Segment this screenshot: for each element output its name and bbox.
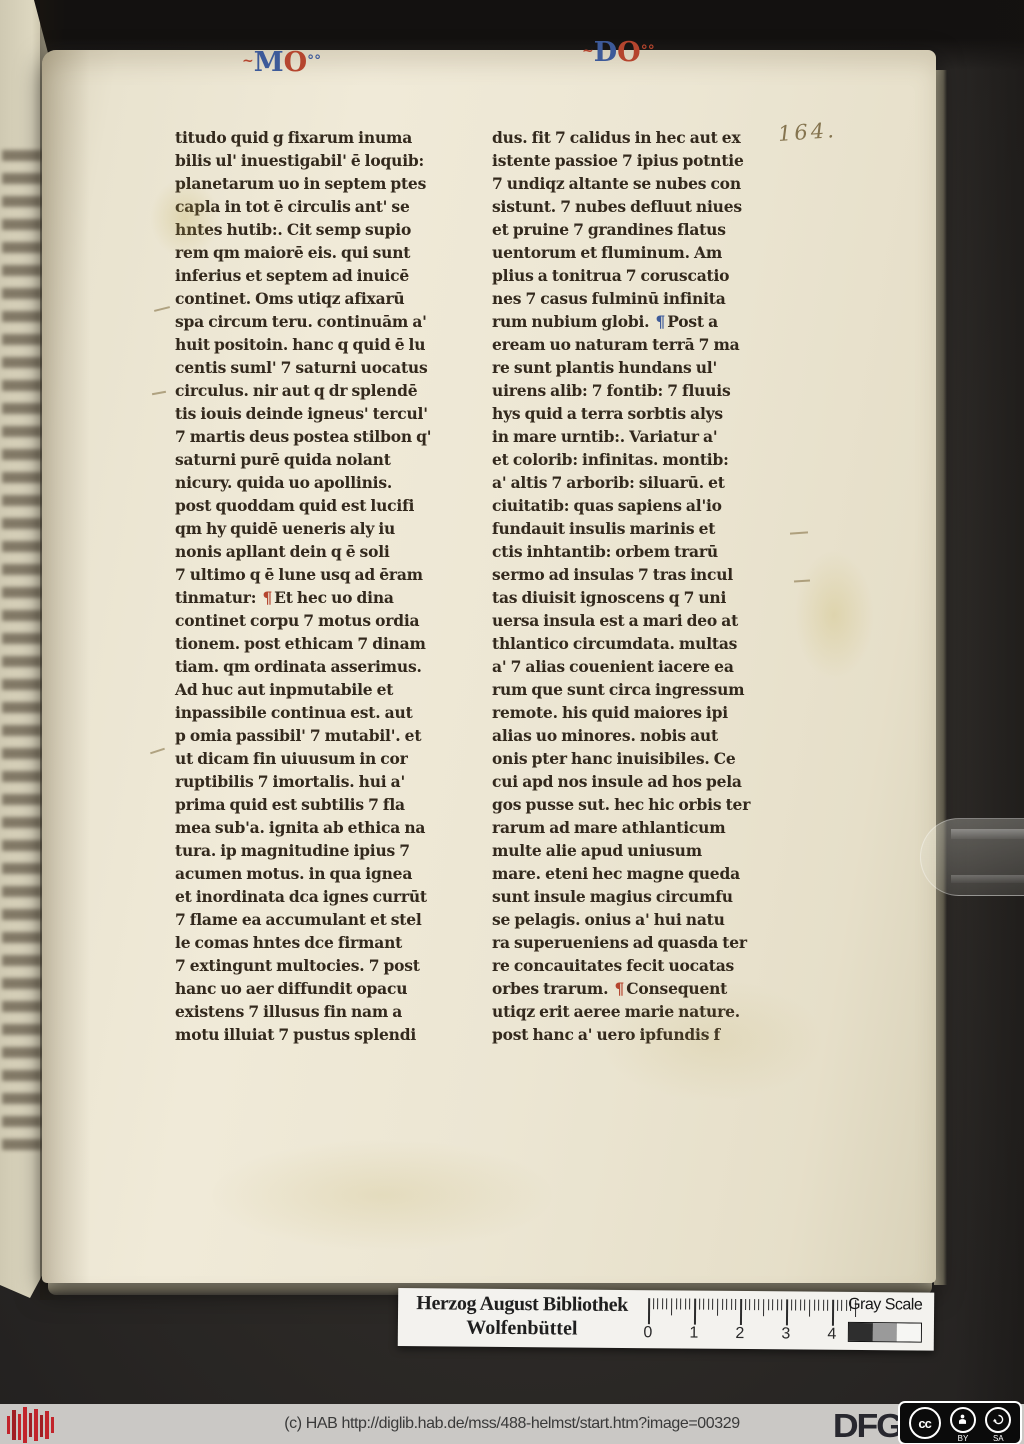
- institution-line1: Herzog August Bibliothek: [400, 1291, 644, 1317]
- manuscript-line: Ad huc aut inpmutabile et: [175, 678, 487, 701]
- ruler: 01234: [644, 1290, 860, 1350]
- ruler-tick: [685, 1299, 686, 1310]
- manuscript-line: existens 7 illusus fin nam a: [175, 1000, 487, 1023]
- ruler-tick: [662, 1298, 663, 1309]
- manuscript-line: hys quid a terra sorbtis alys: [492, 402, 804, 425]
- ruler-tick: [763, 1299, 764, 1316]
- cc-sa-unit: SA: [985, 1407, 1011, 1443]
- manuscript-line: 7 ultimo q ē lune usq ad ēram: [175, 563, 487, 586]
- manuscript-line: continet. Oms utiqz afixarū: [175, 287, 487, 310]
- manuscript-line: rarum ad mare athlanticum: [492, 816, 804, 839]
- ruler-number: 2: [733, 1325, 747, 1343]
- ruler-tick: [689, 1299, 690, 1310]
- manuscript-line: eream uo naturam terrā 7 ma: [492, 333, 804, 356]
- manuscript-line: mea sub'a. ignita ab ethica na: [175, 816, 487, 839]
- ruler-tick: [841, 1300, 842, 1311]
- gray-patch-dark: [849, 1323, 873, 1341]
- ruler-tick: [823, 1300, 824, 1311]
- manuscript-line: ruptibilis 7 imortalis. hui a': [175, 770, 487, 793]
- manuscript-line: post quoddam quid est lucifi: [175, 494, 487, 517]
- manuscript-line: orbes trarum. ¶Consequent: [492, 977, 804, 1000]
- margin-mark: [150, 748, 165, 755]
- manuscript-line: ciuitatib: quas sapiens al'io: [492, 494, 804, 517]
- running-title-glyph: O: [617, 38, 641, 68]
- facing-page-bleedthrough-text: [2, 150, 42, 1160]
- manuscript-line: re concauitates fecit uocatas: [492, 954, 804, 977]
- cc-icon: cc: [909, 1407, 941, 1439]
- running-title-verso: ~MO°°: [242, 46, 321, 78]
- paragraph-mark: ¶: [613, 979, 627, 998]
- cc-by-unit: BY: [950, 1407, 976, 1443]
- manuscript-line: in mare urntib:. Variatur a': [492, 425, 804, 448]
- manuscript-line: alias uo minores. nobis aut: [492, 724, 804, 747]
- manuscript-line: ra superueniens ad quasda ter: [492, 931, 804, 954]
- ruler-tick: [717, 1299, 718, 1316]
- ruler-tick: [804, 1300, 805, 1311]
- ruler-tick: [814, 1300, 815, 1311]
- ruler-tick: [809, 1300, 810, 1317]
- manuscript-line: rem qm maiorē eis. qui sunt: [175, 241, 487, 264]
- manuscript-line: gos pusse sut. hec hic orbis ter: [492, 793, 804, 816]
- ruler-tick: [731, 1299, 732, 1310]
- manuscript-line: sermo ad insulas 7 tras incul: [492, 563, 804, 586]
- manuscript-line: centis suml' 7 saturni uocatus: [175, 356, 487, 379]
- ruler-tick: [781, 1299, 782, 1310]
- manuscript-line: nonis apllant dein q ē soli: [175, 540, 487, 563]
- running-title-glyph: ~: [582, 36, 594, 66]
- ruler-tick: [740, 1299, 742, 1325]
- gray-scale-label: Gray Scale: [848, 1296, 932, 1315]
- ruler-tick: [666, 1298, 667, 1309]
- manuscript-line: capla in tot ē circulis ant' se: [175, 195, 487, 218]
- cc-license-badge: cc BY SA: [898, 1401, 1022, 1444]
- ruler-tick: [703, 1299, 704, 1310]
- ruler-tick: [708, 1299, 709, 1310]
- cc-sa-arrow-icon: [985, 1407, 1011, 1433]
- manuscript-line: istente passioe 7 ipius potntie: [492, 149, 804, 172]
- ruler-tick: [795, 1299, 796, 1310]
- manuscript-line: inferius et septem ad inuicē: [175, 264, 487, 287]
- manuscript-line: uentorum et fluminum. Am: [492, 241, 804, 264]
- running-title-glyph: °°: [307, 46, 321, 76]
- running-title-glyph: M: [254, 48, 284, 78]
- manuscript-page: ~MO°° ~DO°° 164. titudo quid g fixarum i…: [42, 50, 936, 1283]
- paragraph-mark: ¶: [260, 588, 274, 607]
- ruler-tick: [827, 1300, 828, 1311]
- manuscript-line: a' altis 7 arborib: siluarū. et: [492, 471, 804, 494]
- gray-patch-mid: [873, 1323, 897, 1341]
- manuscript-line: titudo quid g fixarum inuma: [175, 126, 487, 149]
- gray-scale-patches: [848, 1322, 922, 1343]
- running-title-glyph: O: [284, 48, 308, 78]
- margin-mark: [154, 306, 170, 312]
- manuscript-line: qm hy quidē ueneris aly iu: [175, 517, 487, 540]
- ruler-tick: [758, 1299, 759, 1310]
- manuscript-line: hntes hutib:. Cit semp supio: [175, 218, 487, 241]
- manuscript-line: cui apd nos insule ad hos pela: [492, 770, 804, 793]
- manuscript-line: spa circum teru. continuām a': [175, 310, 487, 333]
- dfg-logo: DFG: [833, 1408, 902, 1444]
- running-title-recto: ~DO°°: [582, 36, 655, 68]
- manuscript-line: et inordinata dca ignes currūt: [175, 885, 487, 908]
- manuscript-line: mare. eteni hec magne queda: [492, 862, 804, 885]
- manuscript-line: post hanc a' uero ipfundis f: [492, 1023, 804, 1046]
- ruler-tick: [786, 1299, 788, 1325]
- cc-sa-label: SA: [993, 1434, 1004, 1443]
- manuscript-line: acumen motus. in qua ignea: [175, 862, 487, 885]
- parchment-stain: [212, 1140, 552, 1250]
- ruler-tick: [837, 1300, 838, 1311]
- manuscript-line: continet corpu 7 motus ordia: [175, 609, 487, 632]
- ruler-number: 4: [825, 1326, 839, 1344]
- cc-by-label: BY: [958, 1434, 969, 1443]
- manuscript-line: circulus. nir aut q dr splendē: [175, 379, 487, 402]
- scale-bar-strip: Herzog August Bibliothek Wolfenbüttel 01…: [398, 1288, 934, 1351]
- ruler-tick: [818, 1300, 819, 1311]
- ruler-tick: [777, 1299, 778, 1310]
- ruler-tick: [800, 1300, 801, 1311]
- ruler-tick: [657, 1298, 658, 1309]
- ruler-number: 3: [779, 1325, 793, 1343]
- manuscript-line: tiam. qm ordinata asserimus.: [175, 655, 487, 678]
- ruler-tick: [722, 1299, 723, 1310]
- running-title-glyph: °°: [641, 36, 655, 66]
- manuscript-line: 7 flame ea accumulant et stel: [175, 908, 487, 931]
- manuscript-line: nes 7 casus fulminū infinita: [492, 287, 804, 310]
- manuscript-line: saturni purē quida nolant: [175, 448, 487, 471]
- ruler-tick: [772, 1299, 773, 1310]
- manuscript-line: 7 martis deus postea stilbon q': [175, 425, 487, 448]
- ruler-tick: [749, 1299, 750, 1310]
- manuscript-line: se pelagis. onius a' hui natu: [492, 908, 804, 931]
- ruler-tick: [832, 1300, 834, 1326]
- manuscript-line: motu illuiat 7 pustus splendi: [175, 1023, 487, 1046]
- ruler-tick: [726, 1299, 727, 1310]
- parchment-stain: [794, 550, 874, 680]
- manuscript-line: tionem. post ethicam 7 dinam: [175, 632, 487, 655]
- ruler-tick: [680, 1298, 681, 1309]
- manuscript-line: thlantico circumdata. multas: [492, 632, 804, 655]
- running-title-glyph: ~: [242, 46, 254, 76]
- manuscript-line: le comas hntes dce firmant: [175, 931, 487, 954]
- footer-bar: (c) HAB http://diglib.hab.de/mss/488-hel…: [0, 1404, 1024, 1444]
- manuscript-line: 7 extingunt multocies. 7 post: [175, 954, 487, 977]
- manuscript-line: et colorib: infinitas. montib:: [492, 448, 804, 471]
- hab-logo-icon: [5, 1406, 57, 1444]
- paragraph-mark: ¶: [654, 312, 668, 331]
- manuscript-line: uirens alib: 7 fontib: 7 fluuis: [492, 379, 804, 402]
- manuscript-line: dus. fit 7 calidus in hec aut ex: [492, 126, 804, 149]
- ruler-tick: [754, 1299, 755, 1310]
- margin-mark: [152, 391, 166, 395]
- gray-scale-target: Gray Scale: [848, 1296, 932, 1343]
- ruler-tick: [699, 1299, 700, 1310]
- manuscript-line: huit positoin. hanc q quid ē lu: [175, 333, 487, 356]
- manuscript-line: re sunt plantis hundans ul': [492, 356, 804, 379]
- manuscript-line: rum nubium globi. ¶Post a: [492, 310, 804, 333]
- ruler-tick: [671, 1298, 672, 1315]
- text-column-left: titudo quid g fixarum inumabilis ul' inu…: [175, 126, 487, 1046]
- manuscript-line: rum que sunt circa ingressum: [492, 678, 804, 701]
- copyright-text: (c) HAB http://diglib.hab.de/mss/488-hel…: [284, 1415, 740, 1433]
- ruler-number: 0: [641, 1324, 655, 1342]
- cc-by-person-icon: [950, 1407, 976, 1433]
- backdrop-right-shadow: [954, 0, 1024, 1444]
- ruler-tick: [735, 1299, 736, 1310]
- running-title-glyph: D: [594, 38, 617, 68]
- manuscript-line: sistunt. 7 nubes defluut niues: [492, 195, 804, 218]
- ruler-tick: [712, 1299, 713, 1310]
- manuscript-line: tas diuisit ignoscens q 7 uni: [492, 586, 804, 609]
- manuscript-line: hanc uo aer diffundit opacu: [175, 977, 487, 1000]
- manuscript-line: nicury. quida uo apollinis.: [175, 471, 487, 494]
- manuscript-line: tis iouis deinde igneus' tercul': [175, 402, 487, 425]
- ruler-tick: [653, 1298, 654, 1309]
- manuscript-line: ctis inhtantib: orbem trarū: [492, 540, 804, 563]
- manuscript-line: inpassibile continua est. aut: [175, 701, 487, 724]
- manuscript-line: uersa insula est a mari deo at: [492, 609, 804, 632]
- manuscript-line: planetarum uo in septem ptes: [175, 172, 487, 195]
- manuscript-line: plius a tonitrua 7 coruscatio: [492, 264, 804, 287]
- manuscript-line: a' 7 alias couenient iacere ea: [492, 655, 804, 678]
- manuscript-line: remote. his quid maiores ipi: [492, 701, 804, 724]
- manuscript-line: tinmatur: ¶Et hec uo dina: [175, 586, 487, 609]
- manuscript-line: et pruine 7 grandines flatus: [492, 218, 804, 241]
- digitized-manuscript-viewer: { "page": { "running_title_verso": [ {"g…: [0, 0, 1024, 1444]
- manuscript-line: prima quid est subtilis 7 fla: [175, 793, 487, 816]
- text-column-right: dus. fit 7 calidus in hec aut existente …: [492, 126, 804, 1046]
- manuscript-line: onis pter hanc inuisibiles. Ce: [492, 747, 804, 770]
- manuscript-line: p omia passibil' 7 mutabil'. et: [175, 724, 487, 747]
- manuscript-line: ut dicam fin uiuusum in cor: [175, 747, 487, 770]
- manuscript-line: fundauit insulis marinis et: [492, 517, 804, 540]
- manuscript-line: 7 undiqz altante se nubes con: [492, 172, 804, 195]
- ruler-tick: [768, 1299, 769, 1310]
- ruler-tick: [846, 1300, 847, 1311]
- ruler-tick: [694, 1299, 696, 1325]
- gray-patch-light: [897, 1323, 921, 1341]
- manuscript-line: tura. ip magnitudine ipius 7: [175, 839, 487, 862]
- institution-line2: Wolfenbüttel: [400, 1315, 644, 1341]
- manuscript-line: sunt insule magius circumfu: [492, 885, 804, 908]
- manuscript-line: bilis ul' inuestigabil' ē loquib:: [175, 149, 487, 172]
- ruler-number: 1: [687, 1325, 701, 1343]
- manuscript-line: utiqz erit aeree marie nature.: [492, 1000, 804, 1023]
- manuscript-line: multe alie apud uniusum: [492, 839, 804, 862]
- institution-name: Herzog August Bibliothek Wolfenbüttel: [400, 1291, 644, 1341]
- ruler-tick: [676, 1298, 677, 1309]
- ruler-tick: [648, 1298, 650, 1324]
- ruler-tick: [745, 1299, 746, 1310]
- page-holder-clip: [920, 818, 1024, 896]
- ruler-tick: [791, 1299, 792, 1310]
